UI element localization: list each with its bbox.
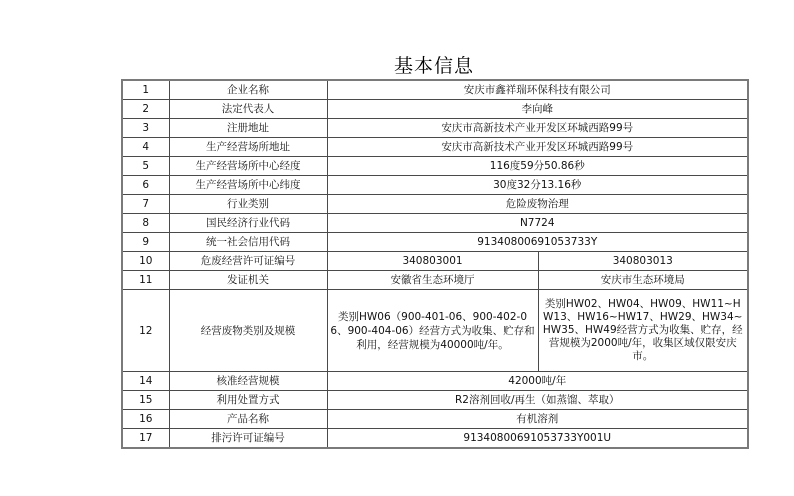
row-label: 国民经济行业代码: [169, 214, 327, 233]
row-number: 10: [122, 252, 169, 271]
row-number: 4: [122, 138, 169, 157]
row-label: 统一社会信用代码: [169, 233, 327, 252]
row-number: 2: [122, 100, 169, 119]
row-value-right: 安庆市生态环境局: [538, 271, 748, 290]
row-label: 排污许可证编号: [169, 429, 327, 449]
row-value: 安庆市鑫祥瑞环保科技有限公司: [327, 80, 748, 100]
row-value-left: 类别HW06（900-401-06、900-402-06、900-404-06）…: [327, 290, 538, 372]
row-value-left: 340803001: [327, 252, 538, 271]
row-label: 核准经营规模: [169, 372, 327, 391]
row-label: 注册地址: [169, 119, 327, 138]
row-number: 8: [122, 214, 169, 233]
row-number: 12: [122, 290, 169, 372]
row-label: 生产经营场所地址: [169, 138, 327, 157]
table-row-registered-address: 3 注册地址 安庆市高新技术产业开发区环城西路99号: [122, 119, 748, 138]
row-label: 产品名称: [169, 410, 327, 429]
row-number: 5: [122, 157, 169, 176]
table-row-company-name: 1 企业名称 安庆市鑫祥瑞环保科技有限公司: [122, 80, 748, 100]
row-value: 安庆市高新技术产业开发区环城西路99号: [327, 119, 748, 138]
table-row-approved-scale: 14 核准经营规模 42000吨/年: [122, 372, 748, 391]
row-value: 91340800691053733Y001U: [327, 429, 748, 449]
row-value-left: 安徽省生态环境厅: [327, 271, 538, 290]
row-value: 安庆市高新技术产业开发区环城西路99号: [327, 138, 748, 157]
row-number: 9: [122, 233, 169, 252]
row-number: 17: [122, 429, 169, 449]
table-row-hazardous-waste-license-no: 10 危废经营许可证编号 340803001 340803013: [122, 252, 748, 271]
row-label: 企业名称: [169, 80, 327, 100]
row-label: 利用处置方式: [169, 391, 327, 410]
table-row-operating-address: 4 生产经营场所地址 安庆市高新技术产业开发区环城西路99号: [122, 138, 748, 157]
row-value: 有机溶剂: [327, 410, 748, 429]
row-number: 14: [122, 372, 169, 391]
basic-info-table: 1 企业名称 安庆市鑫祥瑞环保科技有限公司 2 法定代表人 李向峰 3 注册地址…: [121, 79, 749, 449]
table-row-legal-representative: 2 法定代表人 李向峰: [122, 100, 748, 119]
row-value: R2溶剂回收/再生（如蒸馏、萃取）: [327, 391, 748, 410]
table-row-industry-category: 7 行业类别 危险废物治理: [122, 195, 748, 214]
row-number: 16: [122, 410, 169, 429]
row-value: 91340800691053733Y: [327, 233, 748, 252]
table-row-waste-category-scale: 12 经营废物类别及规模 类别HW06（900-401-06、900-402-0…: [122, 290, 748, 372]
table-row-disposal-method: 15 利用处置方式 R2溶剂回收/再生（如蒸馏、萃取）: [122, 391, 748, 410]
row-value: 李向峰: [327, 100, 748, 119]
row-number: 15: [122, 391, 169, 410]
table-row-industry-code: 8 国民经济行业代码 N7724: [122, 214, 748, 233]
row-number: 7: [122, 195, 169, 214]
row-label: 行业类别: [169, 195, 327, 214]
table-row-issuing-authority: 11 发证机关 安徽省生态环境厅 安庆市生态环境局: [122, 271, 748, 290]
table-row-product-name: 16 产品名称 有机溶剂: [122, 410, 748, 429]
row-label: 法定代表人: [169, 100, 327, 119]
row-value: 危险废物治理: [327, 195, 748, 214]
row-label: 发证机关: [169, 271, 327, 290]
row-value-right: 类别HW02、HW04、HW09、HW11~HW13、HW16~HW17、HW2…: [538, 290, 748, 372]
row-value: 42000吨/年: [327, 372, 748, 391]
row-number: 11: [122, 271, 169, 290]
table-row-latitude: 6 生产经营场所中心纬度 30度32分13.16秒: [122, 176, 748, 195]
row-label: 经营废物类别及规模: [169, 290, 327, 372]
row-label: 危废经营许可证编号: [169, 252, 327, 271]
document-title: 基本信息: [121, 54, 747, 78]
row-value: 30度32分13.16秒: [327, 176, 748, 195]
row-value-right: 340803013: [538, 252, 748, 271]
row-label: 生产经营场所中心经度: [169, 157, 327, 176]
table-row-credit-code: 9 统一社会信用代码 91340800691053733Y: [122, 233, 748, 252]
row-number: 6: [122, 176, 169, 195]
row-value: N7724: [327, 214, 748, 233]
table-row-longitude: 5 生产经营场所中心经度 116度59分50.86秒: [122, 157, 748, 176]
row-value: 116度59分50.86秒: [327, 157, 748, 176]
table-row-discharge-permit-no: 17 排污许可证编号 91340800691053733Y001U: [122, 429, 748, 449]
row-number: 3: [122, 119, 169, 138]
row-label: 生产经营场所中心纬度: [169, 176, 327, 195]
row-number: 1: [122, 80, 169, 100]
